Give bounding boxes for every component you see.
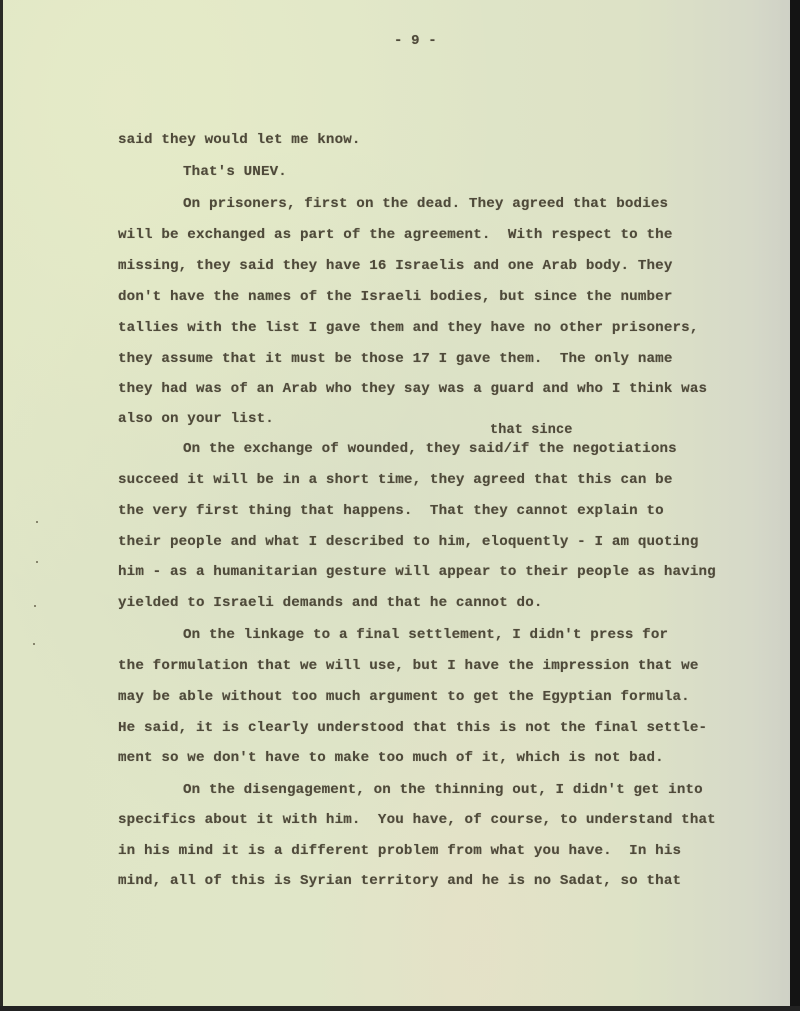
margin-mark [36, 561, 38, 563]
text-line: That's UNEV. [183, 164, 287, 180]
text-line: tallies with the list I gave them and th… [118, 320, 698, 336]
handwritten-interlineation: that since [490, 423, 573, 438]
text-line: said they would let me know. [118, 132, 361, 148]
text-line: yielded to Israeli demands and that he c… [118, 595, 543, 611]
text-line: On the linkage to a final settlement, I … [183, 627, 668, 643]
text-line: the very first thing that happens. That … [118, 503, 664, 519]
margin-mark [34, 605, 36, 607]
text-line: in his mind it is a different problem fr… [118, 843, 681, 859]
text-line: they assume that it must be those 17 I g… [118, 351, 673, 367]
margin-mark [36, 521, 38, 523]
text-line: missing, they said they have 16 Israelis… [118, 258, 673, 274]
text-line: succeed it will be in a short time, they… [118, 472, 673, 488]
text-line: He said, it is clearly understood that t… [118, 720, 707, 736]
text-line: don't have the names of the Israeli bodi… [118, 289, 673, 305]
text-line: him - as a humanitarian gesture will app… [118, 564, 716, 580]
scan-bottom-edge [0, 1006, 800, 1011]
page-number: - 9 - [394, 33, 437, 49]
text-line: may be able without too much argument to… [118, 689, 690, 705]
text-line: On the exchange of wounded, they said/if… [183, 441, 677, 457]
text-line: mind, all of this is Syrian territory an… [118, 873, 681, 889]
text-line: ment so we don't have to make too much o… [118, 750, 664, 766]
text-line: specifics about it with him. You have, o… [118, 812, 716, 828]
text-line: On the disengagement, on the thinning ou… [183, 782, 703, 798]
text-line: also on your list. [118, 411, 274, 427]
scan-right-edge [790, 0, 800, 1011]
margin-mark [33, 643, 35, 645]
text-line: the formulation that we will use, but I … [118, 658, 698, 674]
text-line: will be exchanged as part of the agreeme… [118, 227, 673, 243]
text-line: On prisoners, first on the dead. They ag… [183, 196, 668, 212]
text-line: they had was of an Arab who they say was… [118, 381, 707, 397]
document-page: - 9 - said they would let me know.That's… [3, 0, 790, 1006]
text-line: their people and what I described to him… [118, 534, 698, 550]
